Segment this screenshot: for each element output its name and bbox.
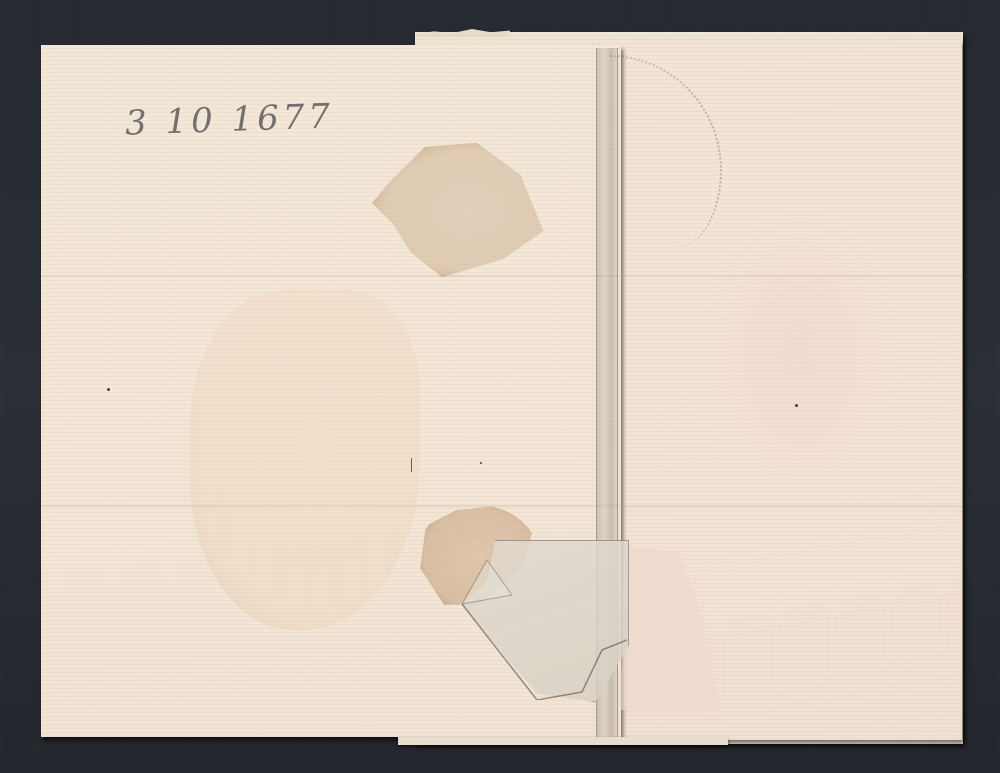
ink-mark xyxy=(411,458,412,472)
ink-speck xyxy=(795,404,798,407)
ink-speck xyxy=(480,462,482,464)
horizontal-fold xyxy=(41,505,962,507)
discoloration-stain xyxy=(700,200,900,500)
water-stain xyxy=(190,290,420,630)
handwritten-date: 3 10 1677 xyxy=(124,96,334,143)
ink-speck xyxy=(107,388,110,391)
bottom-edge-of-back-sheet xyxy=(398,737,728,745)
